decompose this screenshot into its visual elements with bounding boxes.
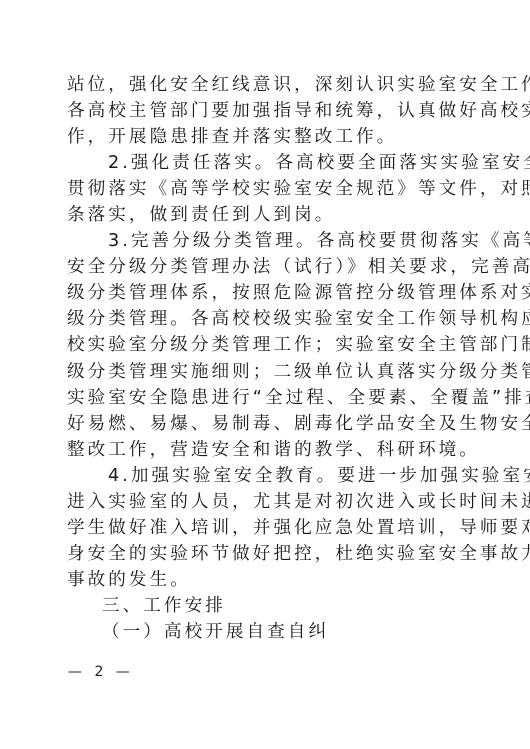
- document-page: 站位，强化安全红线意识，深刻认识实验室安全工作的重要性。 各高校主管部门要加强指…: [0, 0, 530, 749]
- section-3-heading-line: 3.完善分级分类管理。各高校要贯彻落实《高等学校实验室: [67, 228, 467, 254]
- document-body: 站位，强化安全红线意识，深刻认识实验室安全工作的重要性。 各高校主管部门要加强指…: [67, 72, 467, 645]
- paragraph-line: 进入实验室的人员，尤其是对初次进入或长时间未进入实验室的: [67, 489, 467, 515]
- chapter-heading-work-arrangement: 三、工作安排: [67, 593, 467, 619]
- paragraph-line: 级分类管理。各高校校级实验室安全工作领导机构应全面负责本: [67, 306, 467, 332]
- paragraph-line: 好易燃、易爆、易制毒、剧毒化学品安全及生物安全隐患排查与: [67, 411, 467, 437]
- paragraph-line: 级分类管理实施细则；二级单位认真落实分级分类管理要求，对: [67, 359, 467, 385]
- paragraph-line: 整改工作，营造安全和谐的教学、科研环境。: [67, 437, 467, 463]
- paragraph-line: 站位，强化安全红线意识，深刻认识实验室安全工作的重要性。: [67, 72, 467, 98]
- paragraph-line: 安全分级分类管理办法（试行）》相关要求，完善高校实验室分: [67, 254, 467, 280]
- paragraph-line: 条落实，做到责任到人到岗。: [67, 202, 467, 228]
- paragraph-line: 贯彻落实《高等学校实验室安全规范》等文件，对照文件要求逐: [67, 176, 467, 202]
- paragraph-line: 校实验室分级分类管理工作；实验室安全主管部门制定实验室分: [67, 332, 467, 358]
- paragraph-line: 实验室安全隐患进行“全过程、全要素、全覆盖”排查，重点做: [67, 385, 467, 411]
- paragraph-line: 作，开展隐患排查并落实整改工作。: [67, 124, 467, 150]
- page-number: — 2 —: [68, 664, 134, 680]
- paragraph-line: 级分类管理体系，按照危险源管控分级管理体系对实验室进行分: [67, 280, 467, 306]
- subheading-self-inspection: （一）高校开展自查自纠: [67, 619, 467, 645]
- paragraph-line: 学生做好准入培训，并强化应急处置培训，导师要对可能造成人: [67, 515, 467, 541]
- paragraph-line: 身安全的实验环节做好把控，杜绝实验室安全事故尤其是重特大: [67, 541, 467, 567]
- section-2-heading-line: 2.强化责任落实。各高校要全面落实实验室安全责任体系，: [67, 150, 467, 176]
- paragraph-line: 事故的发生。: [67, 567, 467, 593]
- section-4-heading-line: 4.加强实验室安全教育。要进一步加强实验室安全教育，对: [67, 463, 467, 489]
- paragraph-line: 各高校主管部门要加强指导和统筹，认真做好高校实验室安全工: [67, 98, 467, 124]
